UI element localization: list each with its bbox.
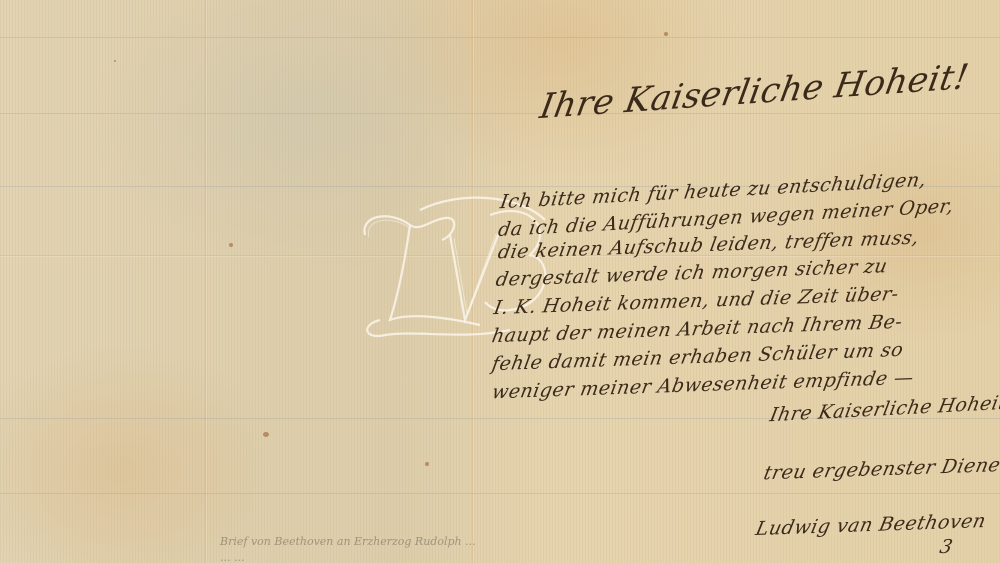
closing-servant: treu ergebenster Diener (762, 454, 1000, 485)
letter-scan: Ihre Kaiserliche Hoheit! Ich bitte mich … (0, 0, 1000, 563)
closing-address: Ihre Kaiserliche Hoheit (768, 392, 1000, 427)
vertical-fold-line (472, 0, 474, 563)
pencil-note: Brief von Beethoven an Erzherzog Rudolph… (220, 535, 476, 548)
ruled-line (0, 493, 1000, 494)
vertical-fold-line (205, 0, 207, 563)
salutation: Ihre Kaiserliche Hoheit! (537, 57, 972, 128)
ruled-line (0, 37, 1000, 38)
ruled-line (0, 113, 1000, 114)
pencil-note: ... ... (220, 551, 244, 563)
page-mark: 3 (938, 536, 955, 558)
